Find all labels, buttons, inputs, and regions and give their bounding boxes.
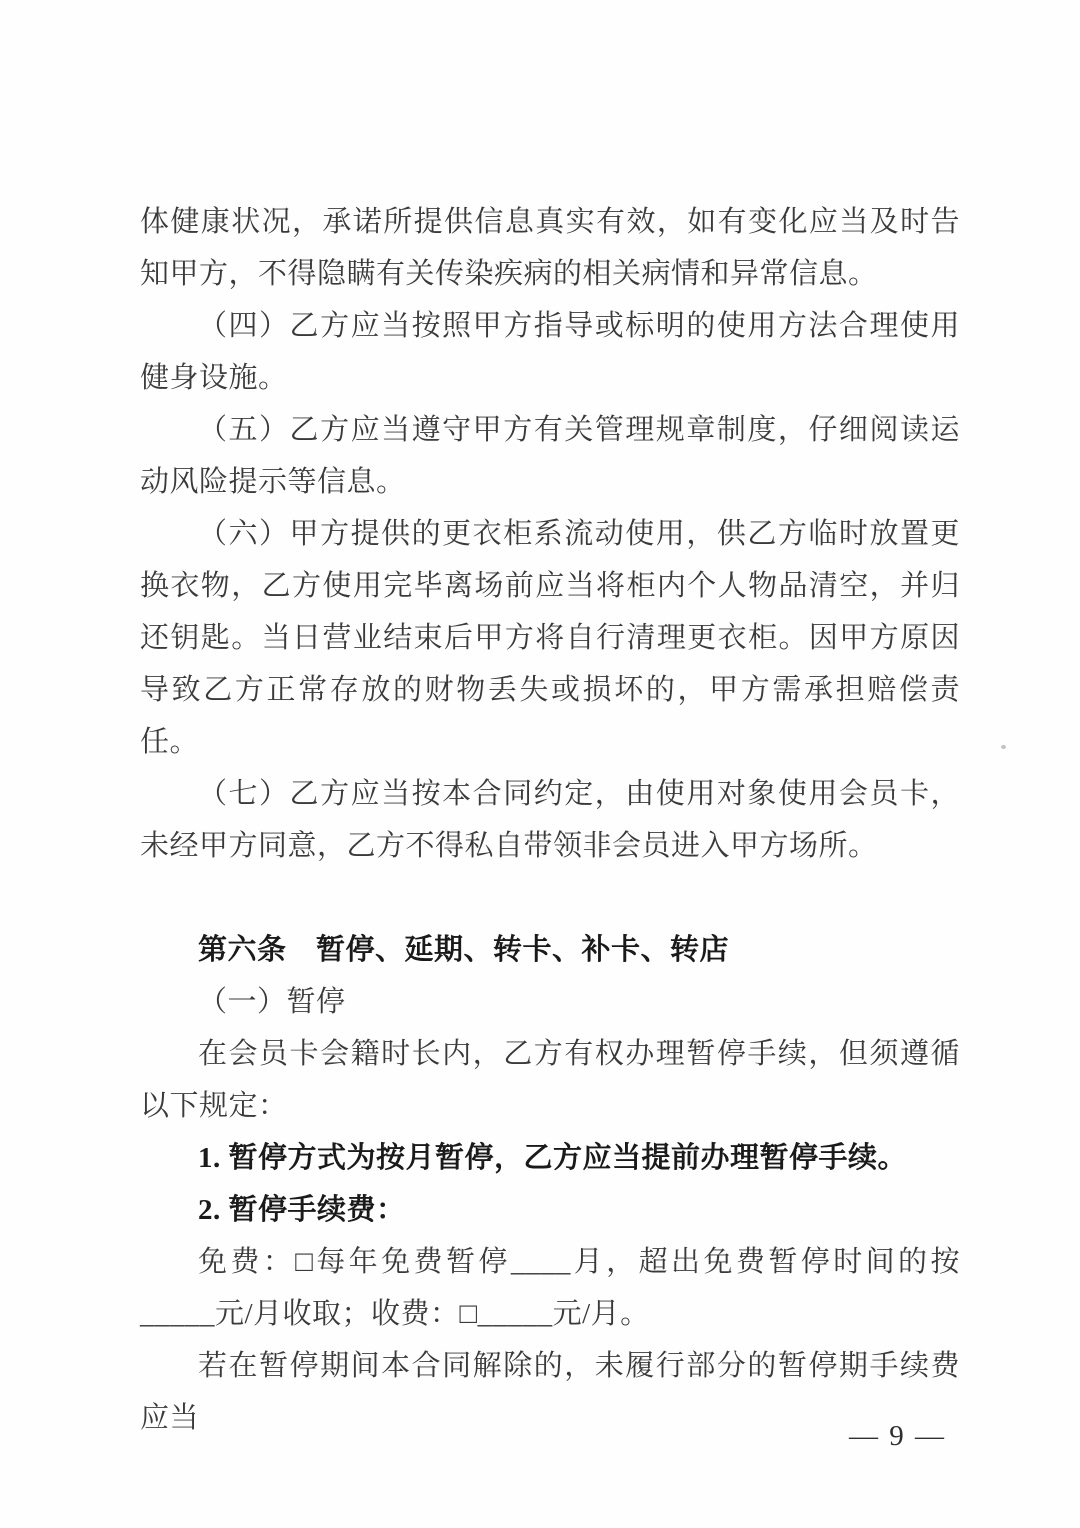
paragraph: 体健康状况，承诺所提供信息真实有效，如有变化应当及时告知甲方，不得隐瞒有关传染疾… <box>140 196 960 300</box>
paragraph: （六）甲方提供的更衣柜系流动使用，供乙方临时放置更换衣物，乙方使用完毕离场前应当… <box>140 508 960 768</box>
paragraph: 1. 暂停方式为按月暂停，乙方应当提前办理暂停手续。 <box>140 1132 960 1184</box>
paragraph: （一）暂停 <box>140 976 960 1028</box>
scan-speck <box>1001 745 1006 749</box>
document-body: 体健康状况，承诺所提供信息真实有效，如有变化应当及时告知甲方，不得隐瞒有关传染疾… <box>140 196 960 1444</box>
paragraph: 在会员卡会籍时长内，乙方有权办理暂停手续，但须遵循以下规定： <box>140 1028 960 1132</box>
paragraph: （四）乙方应当按照甲方指导或标明的使用方法合理使用健身设施。 <box>140 300 960 404</box>
paragraph: 若在暂停期间本合同解除的，未履行部分的暂停期手续费应当 <box>140 1340 960 1444</box>
page-number: — 9 — <box>849 1420 946 1452</box>
scan-speck <box>744 843 749 847</box>
document-page: 体健康状况，承诺所提供信息真实有效，如有变化应当及时告知甲方，不得隐瞒有关传染疾… <box>0 0 1080 1528</box>
paragraph: （五）乙方应当遵守甲方有关管理规章制度，仔细阅读运动风险提示等信息。 <box>140 404 960 508</box>
paragraph: 2. 暂停手续费： <box>140 1184 960 1236</box>
paragraph: （七）乙方应当按本合同约定，由使用对象使用会员卡，未经甲方同意，乙方不得私自带领… <box>140 768 960 872</box>
paragraph: 免费：□每年免费暂停____月，超出免费暂停时间的按_____元/月收取；收费：… <box>140 1236 960 1340</box>
section-heading: 第六条 暂停、延期、转卡、补卡、转店 <box>140 924 960 976</box>
